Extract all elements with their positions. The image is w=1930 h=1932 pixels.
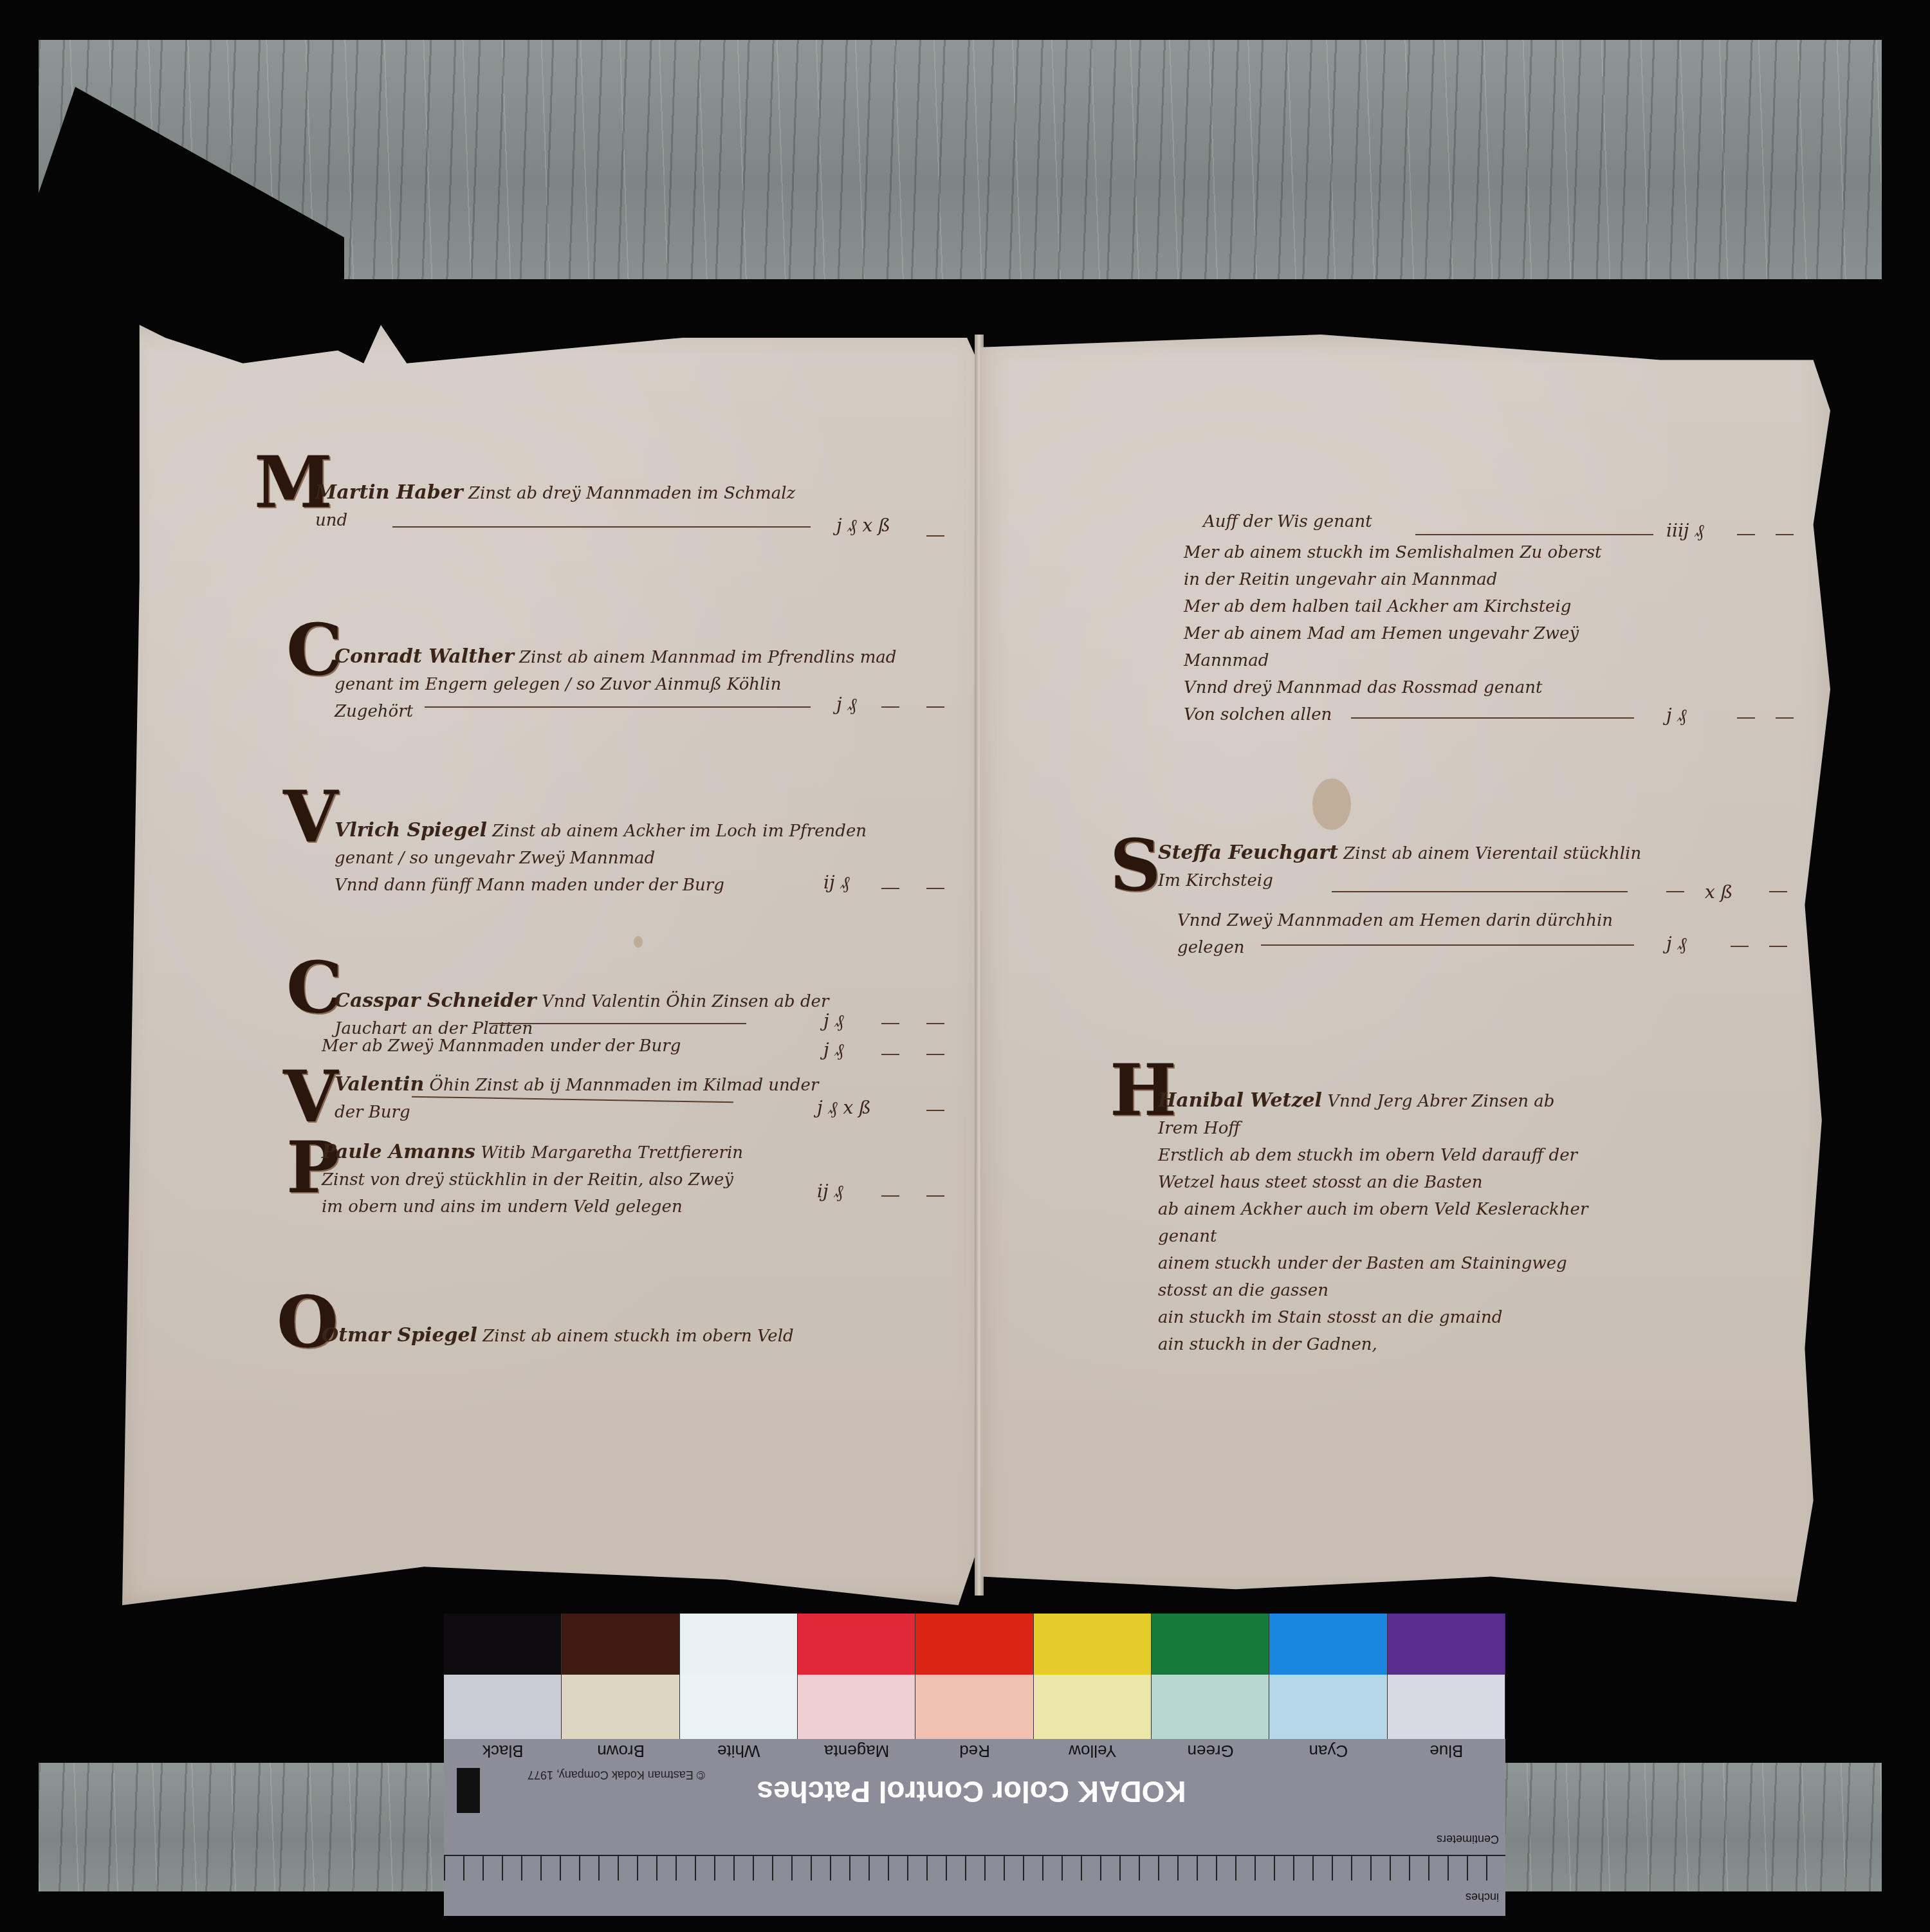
ruler-inches-label: inches — [1466, 1890, 1499, 1904]
entry-name: Steffa Feuchgart — [1158, 842, 1338, 864]
entry-line: Zinst ab ainem Mannmad im Pfrendlins mad — [519, 648, 896, 667]
ledger-entry: Steffa Feuchgart Zinst ab ainem Vierenta… — [1158, 840, 1641, 894]
entry-line: Mannmad — [1184, 651, 1269, 670]
entry-amount: j ₰ x ß — [817, 1097, 871, 1119]
color-label: Black — [444, 1741, 562, 1761]
chart-title: KODAK Color Control Patches — [714, 1774, 1229, 1809]
entry-line: Vnnd dann fünff Mann maden under der Bur… — [335, 876, 724, 895]
entry-name: Martin Haber — [315, 481, 463, 504]
ledger-dash — [1776, 717, 1794, 719]
ledger-dash — [926, 706, 944, 708]
entry-line: Von solchen allen — [1184, 705, 1332, 724]
color-patch-yellow — [1034, 1614, 1152, 1675]
entry-line: genant — [1158, 1227, 1217, 1246]
ledger-dash — [881, 1054, 899, 1055]
entry-line: Auff der Wis genant — [1203, 512, 1372, 531]
color-patch-brown — [562, 1614, 679, 1675]
entry-amount: j ₰ — [823, 1039, 844, 1061]
ledger-dash — [1737, 717, 1755, 719]
color-patch-blue — [1388, 1614, 1505, 1675]
tint-patch-brown — [562, 1675, 679, 1739]
entry-line: stosst an die gassen — [1158, 1281, 1328, 1300]
color-label: Magenta — [798, 1741, 915, 1761]
entry-line: Zinst von dreÿ stückhlin in der Reitin, … — [322, 1170, 733, 1190]
color-patches-top — [444, 1614, 1505, 1675]
entry-amount: j ₰ — [823, 1010, 844, 1032]
ledger-dash — [926, 535, 944, 537]
ledger-dash — [881, 706, 899, 708]
entry-line: Wetzel haus steet stosst an die Basten — [1158, 1173, 1482, 1192]
entry-line: Vnnd Zweÿ Mannmaden am Hemen darin dürch… — [1177, 911, 1613, 930]
entry-line: ain stuckh in der Gadnen, — [1158, 1335, 1377, 1354]
stain — [1312, 778, 1351, 830]
color-label: Cyan — [1269, 1741, 1387, 1761]
color-label: White — [680, 1741, 798, 1761]
color-patch-magenta — [798, 1614, 915, 1675]
entry-amount: j ₰ — [1666, 933, 1687, 955]
ruler-baseline — [444, 1855, 1505, 1856]
entry-amount: j ₰ — [836, 694, 857, 715]
color-patch-cyan — [1269, 1614, 1387, 1675]
tint-patch-red — [915, 1675, 1033, 1739]
entry-line: Mer ab ainem stuckh im Semlishalmen Zu o… — [1184, 543, 1602, 562]
entry-line: im obern und ains im undern Veld gelegen — [322, 1197, 683, 1217]
entry-line: Vnnd Valentin Öhin Zinsen ab der — [542, 992, 829, 1011]
ledger-rule — [1261, 944, 1634, 946]
entry-name: Valentin — [335, 1073, 424, 1096]
color-patch-white — [680, 1614, 798, 1675]
color-label: Green — [1152, 1741, 1269, 1761]
entry-line: Mer ab Zweÿ Mannmaden under der Burg — [322, 1036, 681, 1056]
stain — [634, 936, 643, 948]
measurement-ruler — [444, 1826, 1505, 1916]
ledger-rule — [1332, 891, 1628, 892]
entry-line: gelegen — [1177, 938, 1245, 957]
entry-line: Zinst ab dreÿ Mannmaden im Schmalz — [468, 484, 795, 503]
entry-line: und — [315, 511, 347, 530]
entry-name: Hanibal Wetzel — [1158, 1089, 1322, 1112]
tint-patch-green — [1152, 1675, 1269, 1739]
ledger-dash — [1666, 891, 1684, 892]
entry-name: Conradt Walther — [335, 645, 514, 668]
color-patches-bottom — [444, 1675, 1505, 1739]
ledger-dash — [926, 1054, 944, 1055]
color-patch-black — [444, 1614, 562, 1675]
ledger-dash — [1737, 534, 1755, 535]
ledger-entry: Otmar Spiegel Zinst ab ainem stuckh im o… — [322, 1322, 794, 1350]
ledger-dash — [1769, 946, 1787, 947]
ledger-rule — [1351, 717, 1634, 719]
color-patch-red — [915, 1614, 1033, 1675]
entry-line: genant / so ungevahr Zweÿ Mannmad — [335, 849, 655, 868]
ledger-rule — [489, 1023, 746, 1024]
ledger-entry: Mer ab Zweÿ Mannmaden under der Burg — [322, 1033, 681, 1060]
entry-line: Vnnd Jerg Abrer Zinsen ab — [1327, 1092, 1554, 1111]
ledger-dash — [881, 1195, 899, 1197]
ledger-dash — [1769, 891, 1787, 892]
entry-line: Irem Hoff — [1158, 1119, 1240, 1138]
entry-line: der Burg — [335, 1103, 410, 1122]
ledger-entry: Conradt Walther Zinst ab ainem Mannmad i… — [335, 643, 896, 725]
color-label: Blue — [1388, 1741, 1505, 1761]
entry-line: Öhin Zinst ab ij Mannmaden im Kilmad und… — [430, 1076, 819, 1095]
tint-patch-blue — [1388, 1675, 1505, 1739]
tint-patch-magenta — [798, 1675, 915, 1739]
decorated-initial: V — [283, 1062, 338, 1132]
ledger-dash — [881, 1023, 899, 1024]
color-patch-green — [1152, 1614, 1269, 1675]
entry-name: Casspar Schneider — [335, 989, 537, 1012]
ledger-dash — [926, 888, 944, 889]
tint-patch-cyan — [1269, 1675, 1387, 1739]
ledger-entry: Vnnd Zweÿ Mannmaden am Hemen darin dürch… — [1177, 907, 1613, 961]
entry-amount: ij ₰ — [823, 872, 850, 894]
tint-patch-black — [444, 1675, 562, 1739]
entry-line: Zinst ab ainem stuckh im obern Veld — [482, 1327, 793, 1346]
entry-line: Mer ab dem halben tail Ackher am Kirchst… — [1184, 597, 1571, 616]
entry-line: ain stuckh im Stain stosst an die gmaind — [1158, 1308, 1502, 1327]
entry-line: Zinst ab ainem Ackher im Loch im Pfrende… — [492, 822, 867, 841]
entry-line: Erstlich ab dem stuckh im obern Veld dar… — [1158, 1146, 1577, 1165]
ledger-entry: Auff der Wis genant — [1203, 508, 1372, 535]
color-labels: Blue Cyan Green Yellow Red Magenta White… — [444, 1741, 1505, 1761]
kodak-logo-icon — [457, 1768, 480, 1813]
ruler-centimeters-label: Centimeters — [1437, 1832, 1499, 1846]
entry-amount: j ₰ — [1666, 704, 1687, 726]
color-label: Yellow — [1034, 1741, 1152, 1761]
entry-line: Vnnd dreÿ Mannmad das Rossmad genant — [1184, 678, 1542, 697]
ledger-entry: Paule Amanns Witib Margaretha Trettfiere… — [322, 1139, 743, 1220]
entry-line: ainem stuckh under der Basten am Stainin… — [1158, 1254, 1567, 1273]
color-label: Red — [915, 1741, 1033, 1761]
entry-amount: ij ₰ — [817, 1181, 843, 1202]
tint-patch-white — [680, 1675, 798, 1739]
entry-line: Zinst ab ainem Vierentail stückhlin — [1343, 844, 1641, 863]
ledger-dash — [1776, 534, 1794, 535]
ledger-rule — [1415, 534, 1653, 535]
entry-amount: iiij ₰ — [1666, 520, 1704, 542]
entry-line: ab ainem Ackher auch im obern Veld Kesle… — [1158, 1200, 1588, 1219]
entry-line: in der Reitin ungevahr ain Mannmad — [1184, 570, 1498, 589]
entry-amount: x ß — [1705, 881, 1732, 903]
entry-line: Im Kirchsteig — [1158, 871, 1273, 890]
ledger-dash — [926, 1195, 944, 1197]
decorated-initial: V — [283, 782, 338, 852]
tint-patch-yellow — [1034, 1675, 1152, 1739]
entry-line: genant im Engern gelegen / so Zuvor Ainm… — [335, 675, 781, 694]
entry-name: Otmar Spiegel — [322, 1324, 477, 1347]
entry-line: Mer ab ainem Mad am Hemen ungevahr Zweÿ — [1184, 624, 1579, 643]
kodak-color-chart: Blue Cyan Green Yellow Red Magenta White… — [444, 1614, 1505, 1916]
ledger-entry: Hanibal Wetzel Vnnd Jerg Abrer Zinsen ab… — [1158, 1087, 1588, 1358]
chart-copyright: © Eastman Kodak Company, 1977 — [528, 1768, 705, 1781]
color-label: Brown — [562, 1741, 679, 1761]
entry-name: Paule Amanns — [322, 1141, 475, 1163]
ledger-dash — [881, 888, 899, 889]
entry-line: Witib Margaretha Trettfiererin — [481, 1143, 743, 1163]
ledger-dash — [926, 1023, 944, 1024]
entry-name: Vlrich Spiegel — [335, 819, 487, 842]
entry-amount: j ₰ x ß — [836, 515, 890, 537]
ledger-entry: Vlrich Spiegel Zinst ab ainem Ackher im … — [335, 817, 867, 899]
entry-line: Zugehört — [335, 702, 413, 721]
ledger-dash — [926, 1110, 944, 1111]
ledger-rule — [425, 706, 811, 708]
ledger-dash — [1731, 946, 1749, 947]
ledger-entry: Mer ab ainem stuckh im Semlishalmen Zu o… — [1184, 539, 1602, 728]
ledger-rule — [392, 526, 811, 528]
decorated-initial: S — [1110, 830, 1161, 901]
